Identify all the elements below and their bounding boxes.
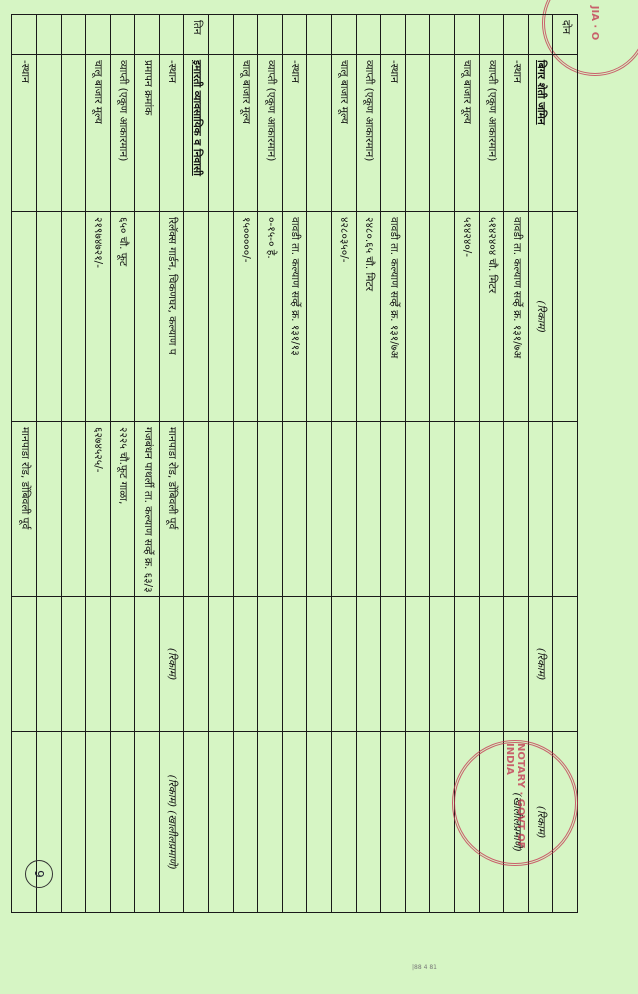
table-cell (553, 212, 578, 422)
table-row (61, 15, 86, 913)
table-cell (61, 212, 86, 422)
table-cell (209, 732, 234, 913)
table-cell (504, 422, 529, 597)
table-cell (12, 597, 37, 732)
table-cell (135, 597, 160, 732)
table-cell: व्याप्ती (एकूण आकारमान) (258, 55, 283, 212)
table-cell (479, 422, 504, 597)
table-cell: चालू बाजार मूल्य (86, 55, 111, 212)
table-cell (553, 597, 578, 732)
table-cell (282, 597, 307, 732)
table-cell: (रिकाम) (159, 597, 184, 732)
table-cell (61, 732, 86, 913)
table-cell (332, 597, 357, 732)
table-cell (504, 15, 529, 55)
table-row: व्याप्ती (एकूण आकारमान)२४८०.६५ चौ. मिटर (356, 15, 381, 913)
table-row: -स्थानरिलॅक्स गार्डन, चिकणघर, कल्याण पमा… (159, 15, 184, 913)
table-cell (282, 15, 307, 55)
table-cell (479, 15, 504, 55)
table-cell (209, 55, 234, 212)
table-cell (528, 422, 553, 597)
table-cell (405, 732, 430, 913)
table-cell (356, 597, 381, 732)
table-cell (307, 55, 332, 212)
table-cell (356, 732, 381, 913)
table-cell (405, 55, 430, 212)
table-row (430, 15, 455, 913)
table-cell (135, 212, 160, 422)
table-cell: -स्थान (12, 55, 37, 212)
table-cell: ६२७४५२५/- (86, 422, 111, 597)
table-cell: रिलॅक्स गार्डन, चिकणघर, कल्याण प (159, 212, 184, 422)
table-cell: व्याप्ती (एकूण आकारमान) (479, 55, 504, 212)
document-page: JIA · O दोनबिगर शेती जमिन(रिकाम)(रिकाम)(… (0, 0, 638, 994)
table-row: -स्थानमानपाडा रोड, डोंबिवली पूर्व (12, 15, 37, 913)
table-row: तिनइमारती व्यावसायिक व निवासी (184, 15, 209, 913)
table-cell: इमारती व्यावसायिक व निवासी (184, 55, 209, 212)
table-row: व्याप्ती (एकूण आकारमान)०-१५-० हे. (258, 15, 283, 913)
table-cell (282, 732, 307, 913)
page-number: 9 (25, 860, 53, 888)
table-cell: -स्थान (282, 55, 307, 212)
table-cell (381, 597, 406, 732)
table-cell (405, 422, 430, 597)
table-cell: ०-१५-० हे. (258, 212, 283, 422)
table-cell (233, 732, 258, 913)
table-cell (110, 732, 135, 913)
table-row: व्याप्ती (एकूण आकारमान)६५० चौ. फूट२२२५ च… (110, 15, 135, 913)
table-cell: वावडी ता. कल्याण सर्व्हे क्र. १३१/७अ (381, 212, 406, 422)
table-cell (135, 732, 160, 913)
table-cell (553, 422, 578, 597)
table-cell: ६५० चौ. फूट (110, 212, 135, 422)
table-cell (381, 422, 406, 597)
table-cell: बिगर शेती जमिन (528, 55, 553, 212)
table-cell: चालू बाजार मूल्य (332, 55, 357, 212)
table-cell (430, 212, 455, 422)
table-cell (405, 212, 430, 422)
table-cell (430, 55, 455, 212)
table-cell (184, 732, 209, 913)
table-cell (61, 55, 86, 212)
table-cell (110, 597, 135, 732)
table-cell: वावडी ता. कल्याण सर्व्हे क्र. १३१/७अ (504, 212, 529, 422)
table-cell (356, 422, 381, 597)
table-cell (405, 15, 430, 55)
table-cell (455, 15, 480, 55)
table-cell: ५१४२४०४ चौ. मिटर (479, 212, 504, 422)
table-cell (258, 15, 283, 55)
table-row (405, 15, 430, 913)
table-cell: २४८०.६५ चौ. मिटर (356, 212, 381, 422)
table-row: चालू बाजार मूल्य४२८०३५०/- (332, 15, 357, 913)
table-cell (528, 15, 553, 55)
table-cell (184, 422, 209, 597)
table-cell (282, 422, 307, 597)
table-cell (332, 15, 357, 55)
table-cell (61, 597, 86, 732)
table-cell (356, 15, 381, 55)
table-cell: चालू बाजार मूल्य (233, 55, 258, 212)
table-cell: मानपाडा रोड, डोंबिवली पूर्व (12, 422, 37, 597)
table-cell (36, 422, 61, 597)
table-row: चालू बाजार मूल्य२१९७४७२१/-६२७४५२५/- (86, 15, 111, 913)
table-cell: -स्थान (159, 55, 184, 212)
table-cell (209, 212, 234, 422)
table-cell (209, 422, 234, 597)
table-cell: (रिकाम) (खालीलप्रमाणे) (159, 732, 184, 913)
table-cell (332, 732, 357, 913)
table-cell (307, 15, 332, 55)
table-cell (86, 732, 111, 913)
table-cell (184, 597, 209, 732)
table-cell (405, 597, 430, 732)
table-cell (233, 597, 258, 732)
table-cell: वावडी ता. कल्याण सर्व्हे क्र. १३१/१३ (282, 212, 307, 422)
table-cell (36, 212, 61, 422)
table-cell (430, 15, 455, 55)
table-row: प्रमापन क्रमांकगजबंधन पाथर्ली ता. कल्याण… (135, 15, 160, 913)
table-cell (258, 422, 283, 597)
table-cell (86, 15, 111, 55)
table-cell (135, 15, 160, 55)
table-cell (332, 422, 357, 597)
table-cell (455, 597, 480, 732)
table-cell: -स्थान (381, 55, 406, 212)
table-cell: १५०००००/- (233, 212, 258, 422)
table-cell (36, 597, 61, 732)
table-cell (479, 597, 504, 732)
table-cell: (रिकाम) (528, 597, 553, 732)
table-cell: गजबंधन पाथर्ली ता. कल्याण सर्व्हे क्र. ६… (135, 422, 160, 597)
table-cell (36, 55, 61, 212)
table-cell: चालू बाजार मूल्य (455, 55, 480, 212)
table-row (36, 15, 61, 913)
table-cell (430, 422, 455, 597)
table-cell: व्याप्ती (एकूण आकारमान) (356, 55, 381, 212)
table-cell (184, 212, 209, 422)
table-row: चालू बाजार मूल्य१५०००००/- (233, 15, 258, 913)
table-cell: मानपाडा रोड, डोंबिवली पूर्व (159, 422, 184, 597)
table-row: -स्थानवावडी ता. कल्याण सर्व्हे क्र. १३१/… (381, 15, 406, 913)
table-cell (455, 422, 480, 597)
table-cell: २१९७४७२१/- (86, 212, 111, 422)
table-cell (381, 15, 406, 55)
table-cell (233, 15, 258, 55)
table-cell: -स्थान (504, 55, 529, 212)
table-cell (209, 15, 234, 55)
table-cell (61, 422, 86, 597)
table-cell (209, 597, 234, 732)
table-cell (233, 422, 258, 597)
table-cell (553, 55, 578, 212)
table-cell: ४२८०३५०/- (332, 212, 357, 422)
table-cell (159, 15, 184, 55)
table-row (307, 15, 332, 913)
table-cell: प्रमापन क्रमांक (135, 55, 160, 212)
table-cell (307, 732, 332, 913)
table-cell: दोन (553, 15, 578, 55)
table-cell: व्याप्ती (एकूण आकारमान) (110, 55, 135, 212)
table-cell: ५१४२४०/- (455, 212, 480, 422)
table-cell (307, 422, 332, 597)
table-cell: तिन (184, 15, 209, 55)
table-cell (430, 732, 455, 913)
table-row: -स्थानवावडी ता. कल्याण सर्व्हे क्र. १३१/… (282, 15, 307, 913)
table-cell: (रिकाम) (528, 212, 553, 422)
table-cell (110, 15, 135, 55)
table-cell (430, 597, 455, 732)
notary-stamp: NOTARY · GOVT OF INDIA (452, 740, 578, 866)
table-cell (258, 597, 283, 732)
table-cell (12, 212, 37, 422)
table-cell (504, 597, 529, 732)
table-cell (12, 15, 37, 55)
table-cell (307, 212, 332, 422)
table-cell (381, 732, 406, 913)
footer-mark: |88 4 81 (412, 964, 437, 971)
table-cell (258, 732, 283, 913)
table-cell: २२२५ चौ.फूट गाळा, (110, 422, 135, 597)
table-cell (307, 597, 332, 732)
table-row (209, 15, 234, 913)
table-cell (61, 15, 86, 55)
table-cell (36, 15, 61, 55)
table-cell (86, 597, 111, 732)
